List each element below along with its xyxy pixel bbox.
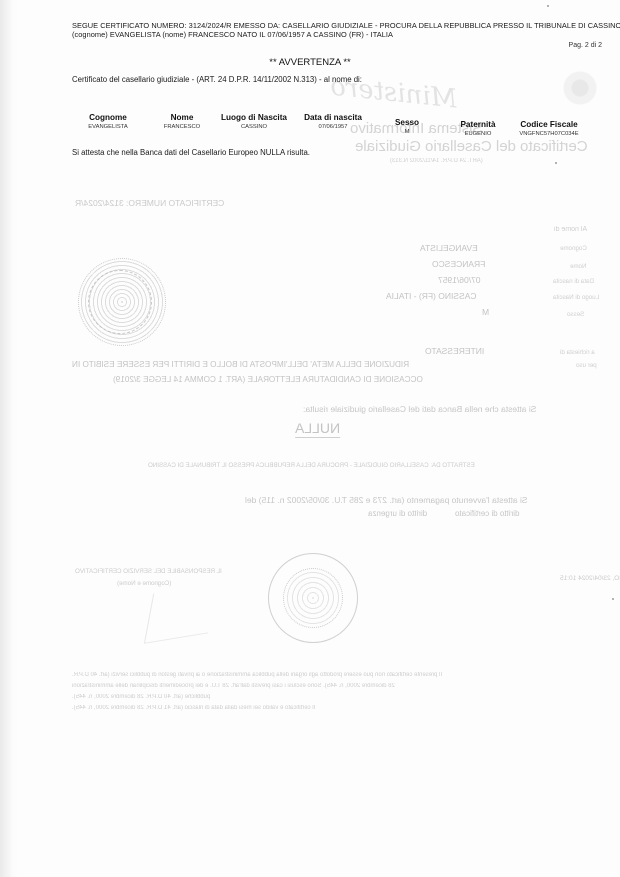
column-header: Nome <box>152 113 212 122</box>
column-header: Sesso <box>387 118 427 127</box>
scan-shadow-edge <box>0 0 18 877</box>
ghost-value-richiedente: INTERESSATO <box>425 346 484 356</box>
ghost-extract-from: ESTRATTO DA: CASELLARIO GIUDIZIALE - PRO… <box>148 462 475 469</box>
ghost-label-data-nascita: Data di nascita <box>553 278 594 285</box>
column-nome: Nome FRANCESCO <box>152 113 212 130</box>
intro-text: Certificato del casellario giudiziale - … <box>72 75 362 84</box>
ghost-payment-line: Si attesta l'avvenuto pagamento (art. 27… <box>245 495 527 505</box>
column-header: Luogo di Nascita <box>214 113 294 122</box>
ghost-payment-option-certificato: diritto di certificato <box>455 509 519 518</box>
ghost-footer-line1: Il presente certificato non può essere p… <box>72 672 442 678</box>
column-header: Data di nascita <box>298 113 368 122</box>
ghost-footer-line4: Il certificato è valido sei mesi dalla d… <box>72 705 315 711</box>
ghost-attestation: Si attesta che nella Banca dati del Case… <box>303 404 536 414</box>
ghost-responsible-name: (Cognome e Nome) <box>117 580 171 587</box>
ghost-certificate-number: CERTIFICATO NUMERO: 3124/2024/R <box>75 198 224 208</box>
column-codice-fiscale: Codice Fiscale VNGFNC57H07C034E <box>510 120 588 137</box>
column-cognome: Cognome EVANGELISTA <box>76 113 140 130</box>
ghost-label-sesso: Sesso <box>567 311 584 318</box>
scan-speck <box>555 162 557 164</box>
certificate-page: Ministero Sistema Informativo Certificat… <box>0 0 620 877</box>
column-value: 07/06/1957 <box>298 124 368 130</box>
scan-speck <box>547 5 549 7</box>
ghost-label-luogo-nascita: Luogo di Nascita <box>553 294 599 301</box>
ghost-footer-line2: 28 dicembre 2000, n. 445). Sono esclusi … <box>72 683 395 689</box>
ghost-value-nome: FRANCESCO <box>432 259 485 269</box>
ghost-value-uso-line1: RIDUZIONE DELLA META' DELL'IMPOSTA DI BO… <box>72 360 409 369</box>
ghost-label-uso: per uso <box>576 362 597 369</box>
page-number: Pag. 2 di 2 <box>569 42 602 49</box>
ghost-al-nome-di: Al nome di <box>554 226 587 233</box>
column-header: Paternità <box>448 120 508 129</box>
scan-speck <box>612 598 614 600</box>
attestation-text: Si attesta che nella Banca dati del Case… <box>72 148 310 157</box>
ghost-signature <box>144 583 217 644</box>
column-value: FRANCESCO <box>152 124 212 130</box>
republic-emblem-icon <box>560 70 600 106</box>
ghost-result-nulla: NULLA <box>295 420 340 438</box>
ghost-value-sesso: M <box>482 307 489 317</box>
column-value: VNGFNC57H07C034E <box>510 131 588 137</box>
ghost-title-line3: (ART. 24 D.P.R. 14/11/2002 N.313) <box>390 158 483 164</box>
column-luogo-nascita: Luogo di Nascita CASSINO <box>214 113 294 130</box>
ghost-footer-line3: pubbliche (art. 40 D.P.R. 28 dicembre 20… <box>72 694 210 700</box>
column-header: Codice Fiscale <box>510 120 588 129</box>
header-subject-line: (cognome) EVANGELISTA (nome) FRANCESCO N… <box>72 30 393 39</box>
warning-title: ** AVVERTENZA ** <box>0 57 620 68</box>
ghost-value-cognome: EVANGELISTA <box>420 243 478 253</box>
column-value: M <box>387 129 427 135</box>
ghost-value-luogo-nascita: CASSINO (FR) - ITALIA <box>386 291 477 301</box>
ghost-place-date: CASSINO, 23/04/2024 10:15 <box>560 575 620 582</box>
ghost-value-data-nascita: 07/06/1957 <box>438 275 481 285</box>
ghost-title-line2: Certificato del Casellario Giudiziale <box>355 138 588 155</box>
column-paternita: Paternità EUGENIO <box>448 120 508 137</box>
ghost-payment-option-urgenza: diritto di urgenza <box>368 509 427 518</box>
column-value: EVANGELISTA <box>76 124 140 130</box>
official-seal-inner-left <box>88 270 152 334</box>
ghost-value-uso-line2: OCCASIONE DI CANDIDATURA ELETTORALE (ART… <box>113 375 423 384</box>
column-value: EUGENIO <box>448 131 508 137</box>
column-sesso: Sesso M <box>387 118 427 135</box>
header-certificate-line: SEGUE CERTIFICATO NUMERO: 3124/2024/R EM… <box>72 21 620 30</box>
ghost-label-nome: Nome <box>570 263 587 270</box>
official-seal-inner-right <box>283 568 343 628</box>
column-header: Cognome <box>76 113 140 122</box>
ghost-label-richiesta: a richiesta di <box>560 349 595 356</box>
column-data-nascita: Data di nascita 07/06/1957 <box>298 113 368 130</box>
ghost-label-cognome: Cognome <box>560 245 587 252</box>
column-value: CASSINO <box>214 124 294 130</box>
ghost-responsible-title: IL RESPONSABILE DEL SERVIZIO CERTIFICATI… <box>75 568 222 575</box>
